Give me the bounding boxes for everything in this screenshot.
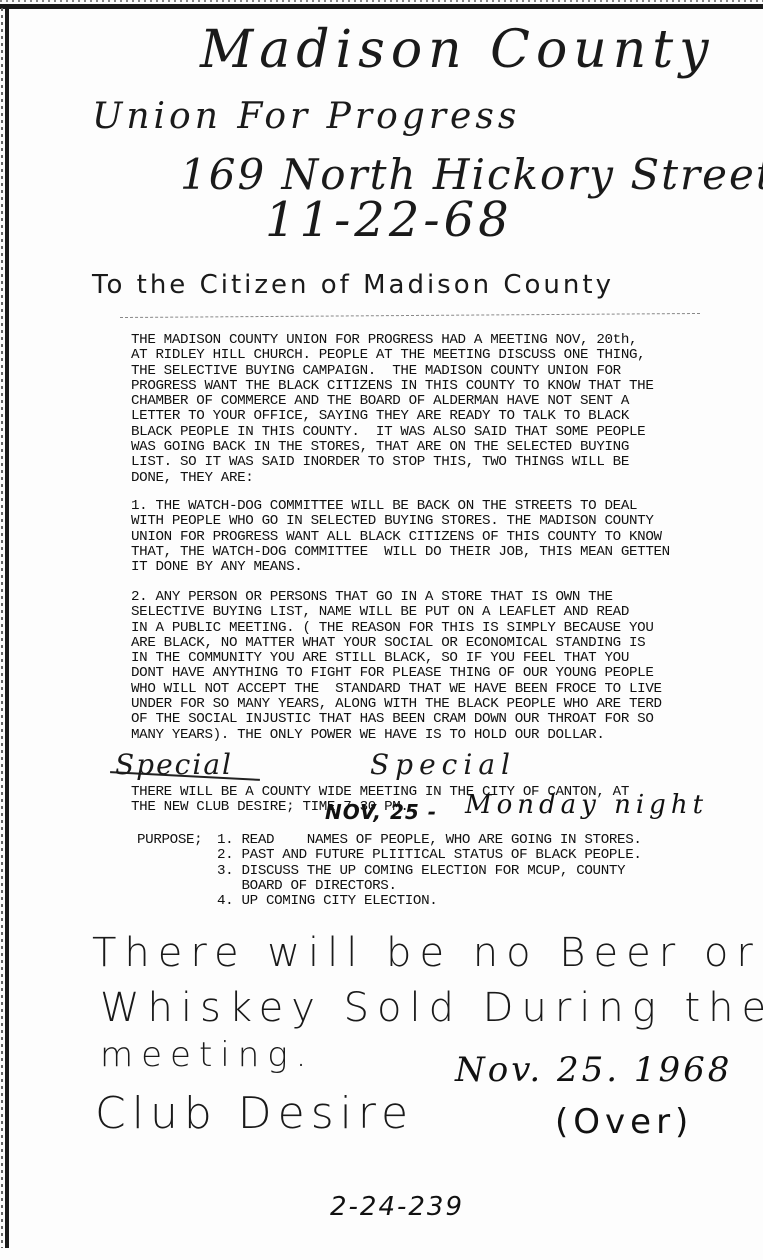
intro-paragraph: THE MADISON COUNTY UNION FOR PROGRESS HA… bbox=[131, 333, 654, 486]
item-2-paragraph: 2. ANY PERSON OR PERSONS THAT GO IN A ST… bbox=[131, 590, 662, 743]
handwritten-event-date: Nov. 25. 1968 bbox=[455, 1050, 732, 1090]
header-org-name: Union For Progress bbox=[92, 96, 520, 137]
special-label-2: Special bbox=[370, 748, 516, 781]
header-date: 11-22-68 bbox=[265, 192, 513, 248]
left-border bbox=[5, 8, 9, 1248]
handwritten-note-line-2: Whiskey Sold During the bbox=[100, 985, 763, 1031]
top-border bbox=[0, 4, 763, 9]
item-1-paragraph: 1. THE WATCH-DOG COMMITTEE WILL BE BACK … bbox=[131, 499, 670, 575]
text-line: THE SELECTIVE BUYING CAMPAIGN. THE MADIS… bbox=[131, 364, 654, 379]
text-line: LIST. SO IT WAS SAID INORDER TO STOP THI… bbox=[131, 455, 654, 470]
purpose-item: 2. PAST AND FUTURE PLIITICAL STATUS OF B… bbox=[217, 848, 642, 863]
handwritten-meeting-date: NOV, 25 - bbox=[325, 800, 437, 824]
handwritten-venue: Club Desire bbox=[95, 1088, 414, 1139]
purpose-item: BOARD OF DIRECTORS. bbox=[217, 879, 642, 894]
text-line: DONT HAVE ANYTHING TO FIGHT FOR PLEASE T… bbox=[131, 666, 662, 681]
handwritten-note-line-3: meeting. bbox=[100, 1035, 315, 1075]
text-line: CHAMBER OF COMMERCE AND THE BOARD OF ALD… bbox=[131, 394, 654, 409]
handwritten-over: (Over) bbox=[555, 1102, 693, 1142]
text-line: IN A PUBLIC MEETING. ( THE REASON FOR TH… bbox=[131, 621, 662, 636]
salutation: To the Citizen of Madison County bbox=[92, 270, 614, 300]
left-scan-edge bbox=[1, 8, 3, 1248]
special-label-1: Special bbox=[115, 748, 233, 781]
text-line: DONE, THEY ARE: bbox=[131, 471, 654, 486]
document-page: Madison County Union For Progress 169 No… bbox=[0, 0, 763, 1260]
purpose-item: 1. READ NAMES OF PEOPLE, WHO ARE GOING I… bbox=[217, 833, 642, 848]
purpose-item: 4. UP COMING CITY ELECTION. bbox=[217, 894, 642, 909]
document-number: 2-24-239 bbox=[330, 1192, 464, 1222]
handwritten-meeting-day: Monday night bbox=[465, 790, 708, 820]
text-line: SELECTIVE BUYING LIST, NAME WILL BE PUT … bbox=[131, 605, 662, 620]
text-line: THAT, THE WATCH-DOG COMMITTEE WILL DO TH… bbox=[131, 545, 670, 560]
salutation-underline bbox=[120, 313, 700, 319]
purpose-item: 3. DISCUSS THE UP COMING ELECTION FOR MC… bbox=[217, 864, 642, 879]
header-org-county: Madison County bbox=[200, 20, 715, 80]
text-line: AT RIDLEY HILL CHURCH. PEOPLE AT THE MEE… bbox=[131, 348, 654, 363]
text-line: WITH PEOPLE WHO GO IN SELECTED BUYING ST… bbox=[131, 514, 670, 529]
handwritten-note-line-1: There will be no Beer or bbox=[92, 930, 761, 976]
purpose-list: 1. READ NAMES OF PEOPLE, WHO ARE GOING I… bbox=[217, 833, 642, 909]
text-line: PROGRESS WANT THE BLACK CITIZENS IN THIS… bbox=[131, 379, 654, 394]
text-line: UNION FOR PROGRESS WANT ALL BLACK CITIZE… bbox=[131, 530, 670, 545]
text-line: IT DONE BY ANY MEANS. bbox=[131, 560, 670, 575]
text-line: ARE BLACK, NO MATTER WHAT YOUR SOCIAL OR… bbox=[131, 636, 662, 651]
text-line: WAS GOING BACK IN THE STORES, THAT ARE O… bbox=[131, 440, 654, 455]
text-line: OF THE SOCIAL INJUSTIC THAT HAS BEEN CRA… bbox=[131, 712, 662, 727]
text-line: LETTER TO YOUR OFFICE, SAYING THEY ARE R… bbox=[131, 409, 654, 424]
purpose-label: PURPOSE; bbox=[137, 833, 202, 848]
text-line: UNDER FOR SO MANY YEARS, ALONG WITH THE … bbox=[131, 697, 662, 712]
text-line: BLACK PEOPLE IN THIS COUNTY. IT WAS ALSO… bbox=[131, 425, 654, 440]
text-line: 1. THE WATCH-DOG COMMITTEE WILL BE BACK … bbox=[131, 499, 670, 514]
text-line: MANY YEARS). THE ONLY POWER WE HAVE IS T… bbox=[131, 728, 662, 743]
scan-edge-dots bbox=[0, 0, 763, 2]
text-line: WHO WILL NOT ACCEPT THE STANDARD THAT WE… bbox=[131, 682, 662, 697]
text-line: THE MADISON COUNTY UNION FOR PROGRESS HA… bbox=[131, 333, 654, 348]
text-line: 2. ANY PERSON OR PERSONS THAT GO IN A ST… bbox=[131, 590, 662, 605]
text-line: IN THE COMMUNITY YOU ARE STILL BLACK, SO… bbox=[131, 651, 662, 666]
